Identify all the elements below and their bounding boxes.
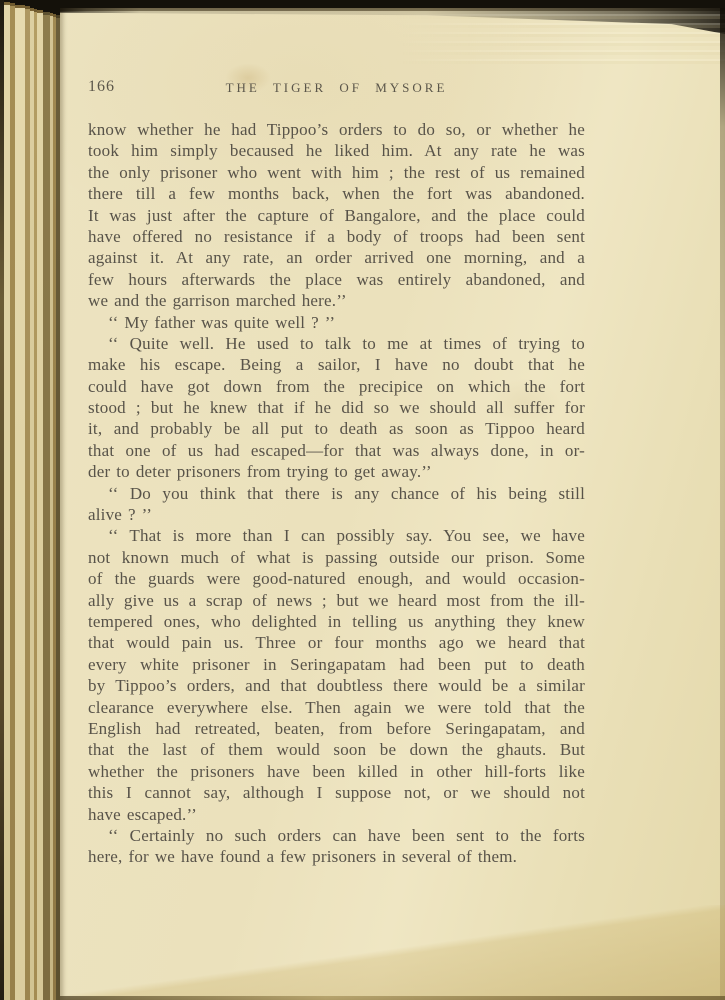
text-line: by Tippoo’s orders, and that doubtless t…: [88, 675, 585, 696]
running-title: THE TIGER OF MYSORE: [88, 80, 585, 96]
text-line: that the last of them would soon be down…: [88, 739, 585, 760]
text-line: clearance everywhere else. Then again we…: [88, 697, 585, 718]
page-bottom-shadow: [60, 996, 725, 1000]
text-line: have escaped.’’: [88, 804, 585, 825]
text-block: know whether he had Tippoo’s orders to d…: [88, 119, 585, 868]
text-line: of the guards were good-natured enough, …: [88, 568, 585, 589]
text-line: stood ; but he knew that if he did so we…: [88, 397, 585, 418]
page-right-shadow: [720, 8, 725, 1000]
text-line: we and the garrison marched here.’’: [88, 290, 585, 311]
text-line: here, for we have found a few prisoners …: [88, 846, 585, 867]
text-line: tempered ones, who delighted in telling …: [88, 611, 585, 632]
text-line: took him simply becaused he liked him. A…: [88, 140, 585, 161]
text-line: alive ? ’’: [88, 504, 585, 525]
book-page-edges: [0, 0, 60, 1000]
text-line: ‘‘ Do you think that there is any chance…: [88, 483, 585, 504]
text-line: the only prisoner who went with him ; th…: [88, 162, 585, 183]
page-header: 166 THE TIGER OF MYSORE: [88, 78, 585, 102]
text-line: der to deter prisoners from trying to ge…: [88, 461, 585, 482]
page-bottom-sheen: [60, 905, 725, 1000]
text-line: could have got down from the precipice o…: [88, 376, 585, 397]
text-line: that would pain us. Three or four months…: [88, 632, 585, 653]
page-top-texture: [395, 14, 725, 66]
text-line: It was just after the capture of Bangalo…: [88, 205, 585, 226]
page-edge-stripe: [15, 5, 25, 1000]
text-line: ‘‘ That is more than I can possibly say.…: [88, 525, 585, 546]
text-line: whether the prisoners have been killed i…: [88, 761, 585, 782]
page-edge-stripe: [43, 12, 50, 1000]
text-line: ally give us a scrap of news ; but we he…: [88, 590, 585, 611]
text-line: ‘‘ Quite well. He used to talk to me at …: [88, 333, 585, 354]
text-line: have offered no resistance if a body of …: [88, 226, 585, 247]
text-line: not known much of what is passing outsid…: [88, 547, 585, 568]
text-line: know whether he had Tippoo’s orders to d…: [88, 119, 585, 140]
text-line: every white prisoner in Seringapatam had…: [88, 654, 585, 675]
text-line: this I cannot say, although I suppose no…: [88, 782, 585, 803]
text-line: ‘‘ My father was quite well ? ’’: [88, 312, 585, 333]
text-line: make his escape. Being a sailor, I have …: [88, 354, 585, 375]
text-line: that one of us had escaped—for that was …: [88, 440, 585, 461]
text-line: ‘‘ Certainly no such orders can have bee…: [88, 825, 585, 846]
text-line: few hours afterwards the place was entir…: [88, 269, 585, 290]
text-line: there till a few months back, when the f…: [88, 183, 585, 204]
text-line: it, and probably be all put to death as …: [88, 418, 585, 439]
text-line: against it. At any rate, an order arrive…: [88, 247, 585, 268]
text-line: English had retreated, beaten, from befo…: [88, 718, 585, 739]
